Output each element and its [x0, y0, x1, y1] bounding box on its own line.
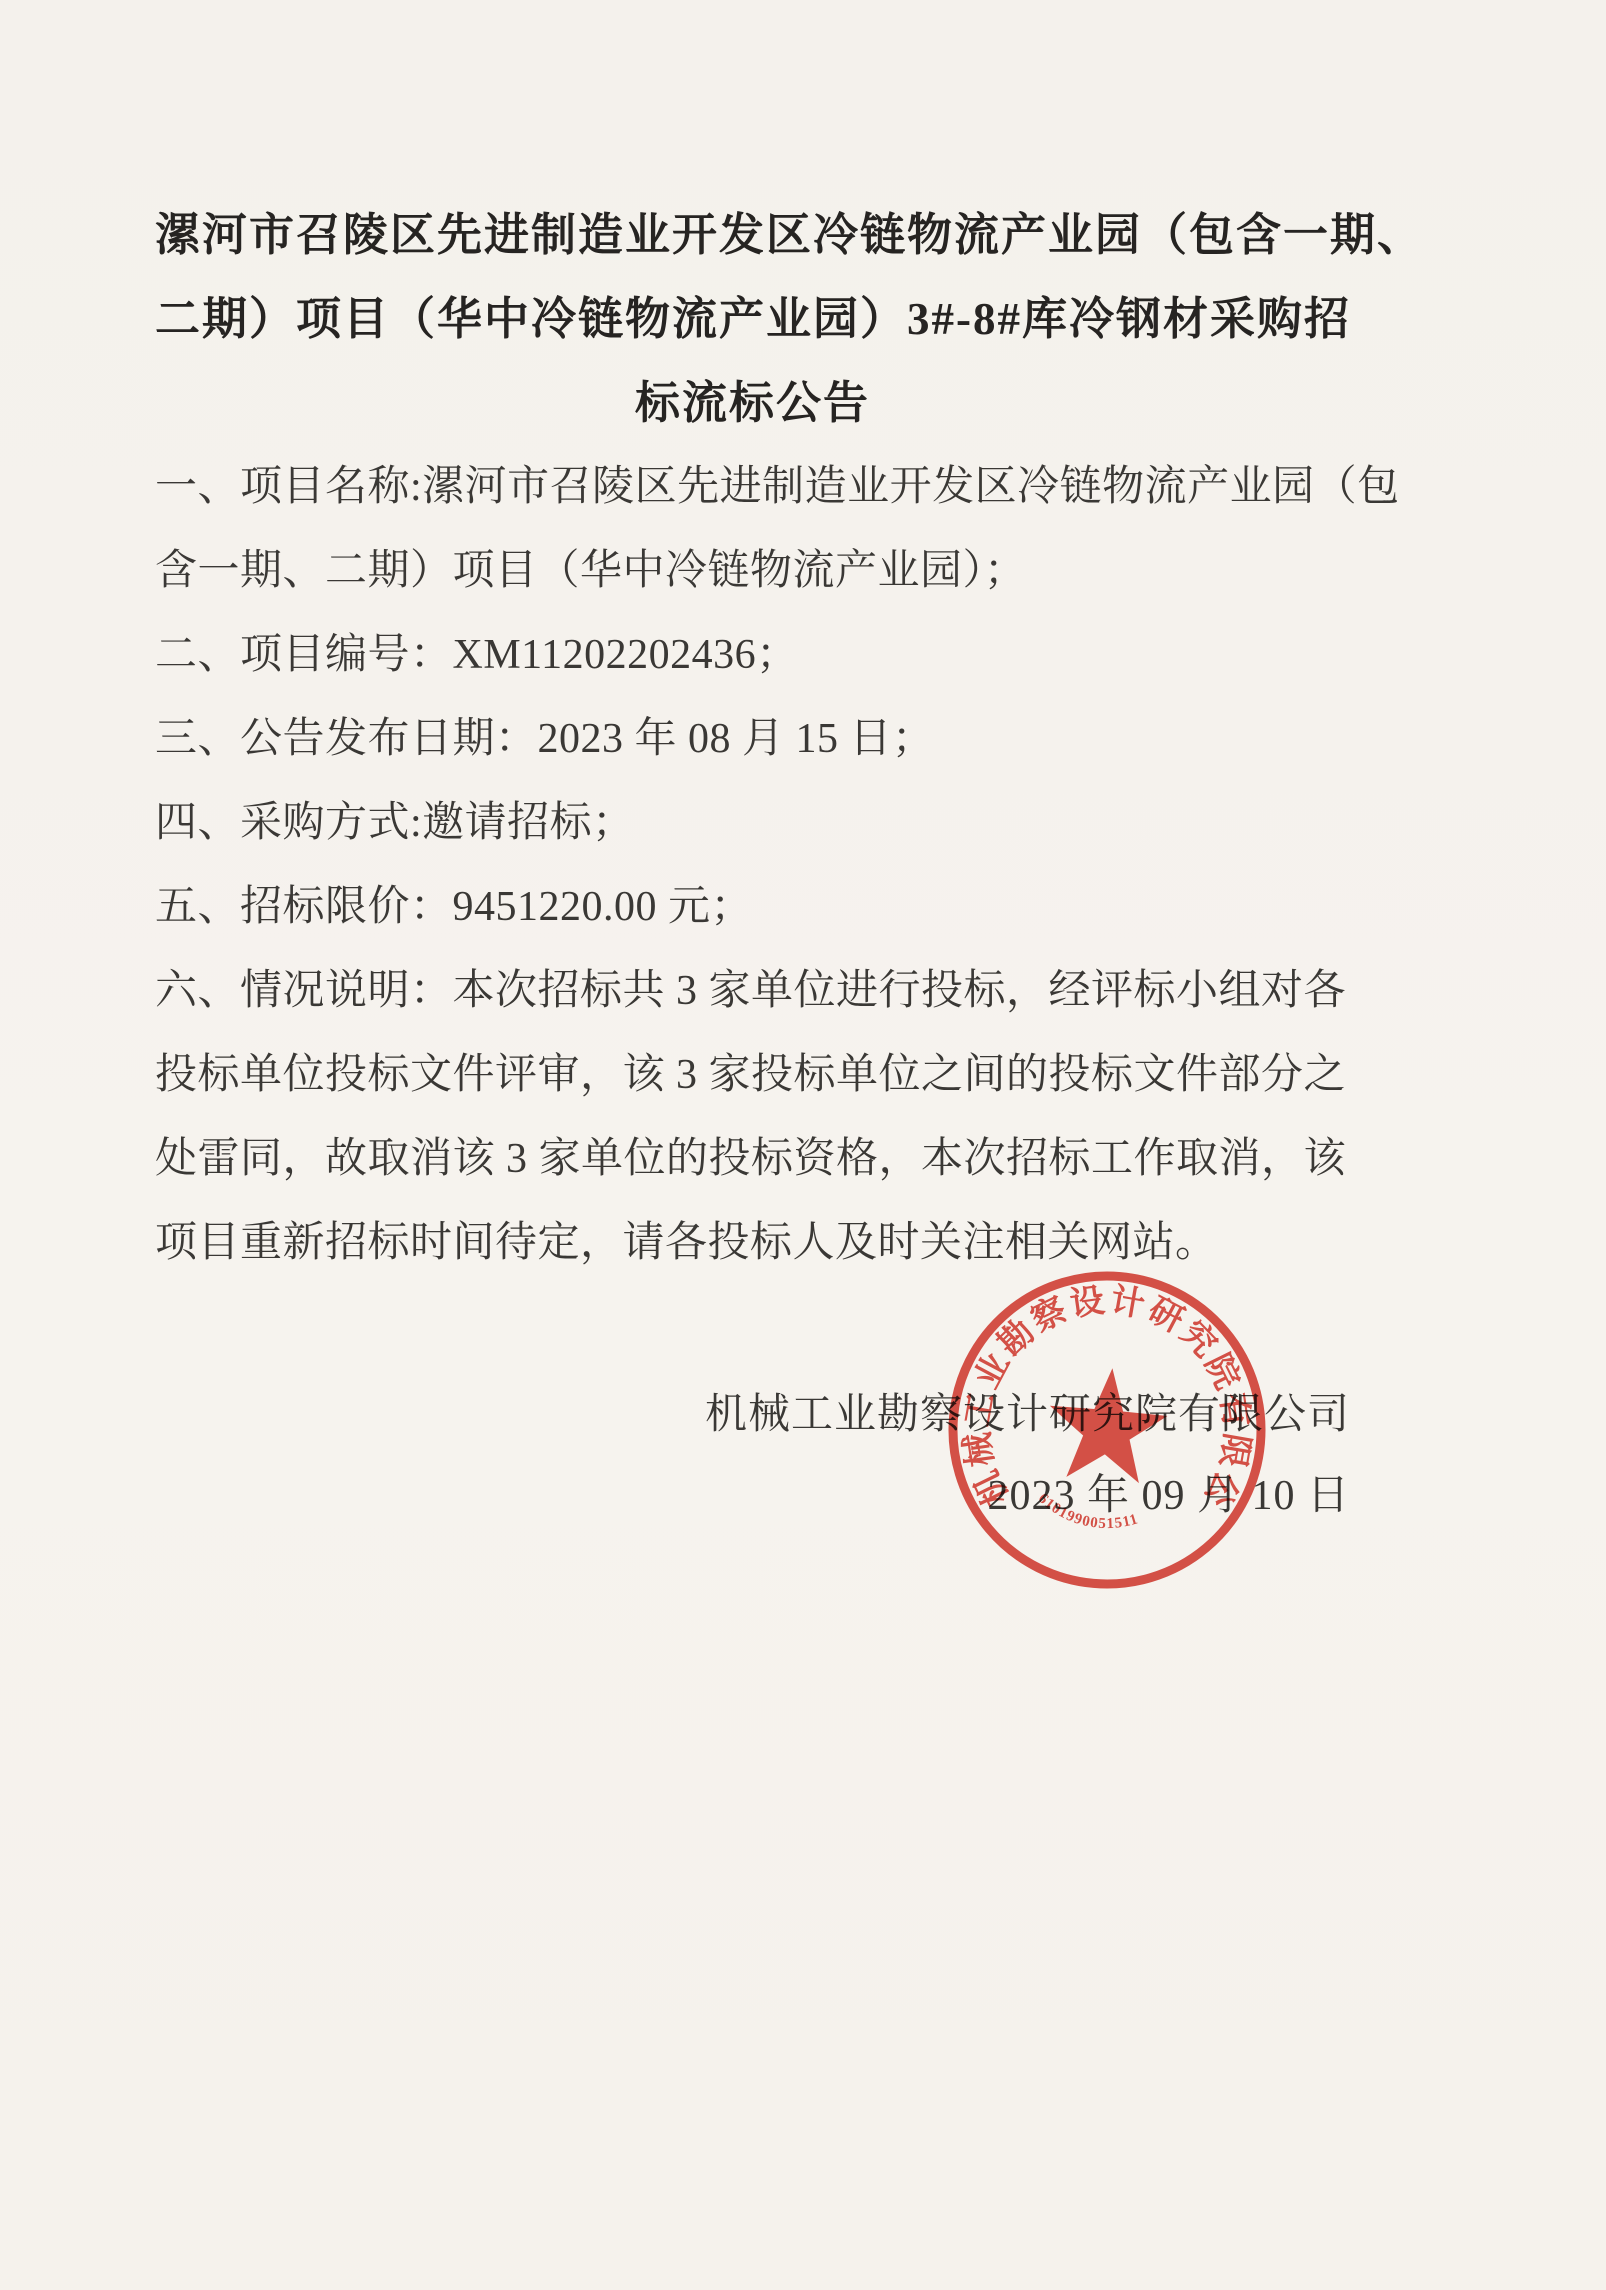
title-line-2: 二期）项目（华中冷链物流产业园）3#-8#库冷钢材采购招 — [155, 277, 1350, 361]
body-line: 四、采购方式:邀请招标； — [155, 781, 1360, 865]
body-line: 五、招标限价：9451220.00 元； — [155, 865, 1360, 949]
seal-serial-number: 6101990051511 — [1033, 1490, 1143, 1536]
title-line-1: 漯河市召陵区先进制造业开发区冷链物流产业园（包含一期、 — [155, 193, 1350, 277]
body-line: 含一期、二期）项目（华中冷链物流产业园）； — [155, 529, 1360, 613]
document-page: 漯河市召陵区先进制造业开发区冷链物流产业园（包含一期、 二期）项目（华中冷链物流… — [0, 0, 1606, 2290]
document-body: 一、项目名称:漯河市召陵区先进制造业开发区冷链物流产业园（包 含一期、二期）项目… — [155, 445, 1360, 1285]
body-line: 一、项目名称:漯河市召陵区先进制造业开发区冷链物流产业园（包 — [155, 445, 1360, 529]
title-line-3: 标流标公告 — [155, 361, 1350, 445]
body-line: 投标单位投标文件评审，该 3 家投标单位之间的投标文件部分之 — [155, 1033, 1360, 1117]
body-line: 二、项目编号：XM11202202436； — [155, 613, 1360, 697]
star-icon — [1044, 1363, 1171, 1485]
company-seal-stamp: 机械工业勘察设计研究院有限公司 6101990051511 — [921, 1244, 1294, 1617]
document-title: 漯河市召陵区先进制造业开发区冷链物流产业园（包含一期、 二期）项目（华中冷链物流… — [155, 193, 1350, 445]
body-line: 处雷同，故取消该 3 家单位的投标资格，本次招标工作取消，该 — [155, 1117, 1360, 1201]
body-line: 六、情况说明：本次招标共 3 家单位进行投标，经评标小组对各 — [155, 949, 1360, 1033]
body-line: 三、公告发布日期：2023 年 08 月 15 日； — [155, 697, 1360, 781]
